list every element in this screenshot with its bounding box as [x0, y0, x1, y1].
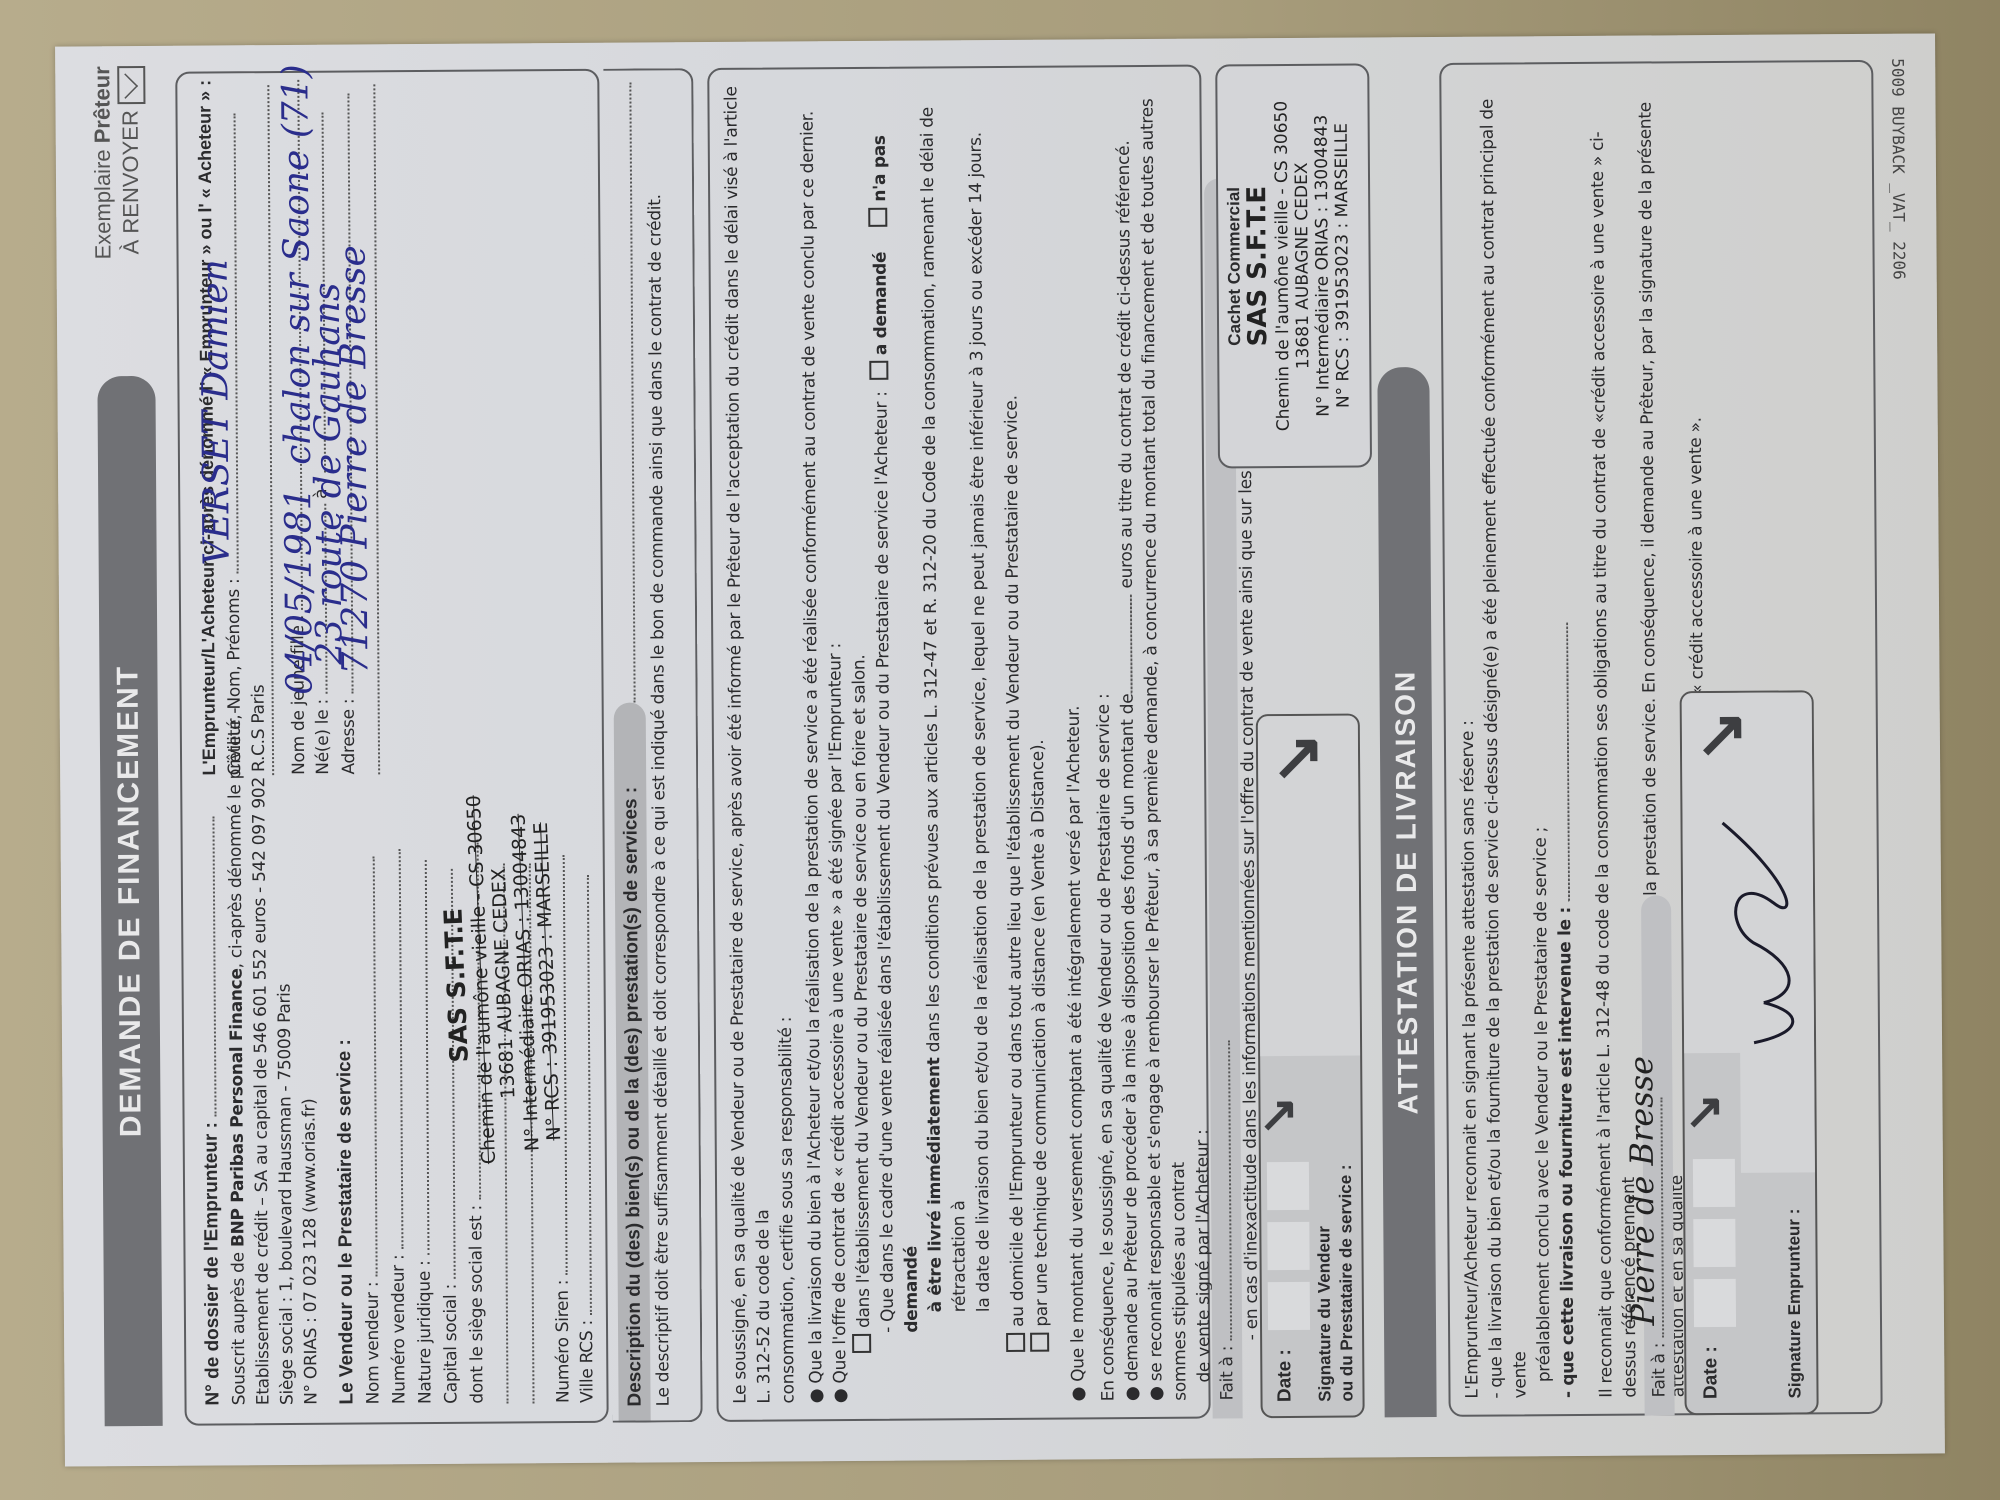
date-month-cell[interactable] — [1267, 1222, 1309, 1270]
vendor-field[interactable]: Nom vendeur : — [357, 844, 387, 1404]
borrower-place-value: Pierre de Bresse — [1622, 1056, 1662, 1326]
address-line-2: 71270 Pierre de Bresse — [332, 245, 376, 674]
asked-checkbox[interactable] — [869, 361, 888, 380]
document-page: DEMANDE DE FINANCEMENT Exemplaire Prêteu… — [55, 33, 1945, 1466]
cachet-stamp: SAS S.F.T.E Chemin de l'aumône vieille -… — [1241, 66, 1354, 467]
date-year-cell[interactable] — [1267, 1162, 1309, 1210]
date-month-cell[interactable] — [1693, 1219, 1735, 1267]
amount-field[interactable] — [1130, 594, 1133, 694]
header-band: DEMANDE DE FINANCEMENT — [97, 376, 162, 1426]
arrow-down-right-icon: ↘ — [1680, 1093, 1728, 1134]
description-box — [603, 68, 702, 1423]
borrower-signature-box[interactable]: Date : ↘ Signature Emprunteur : ↘ — [1680, 690, 1819, 1415]
date-year-cell[interactable] — [1693, 1159, 1735, 1207]
arrow-down-right-icon: ↘ — [1264, 732, 1328, 786]
copy-label: Exemplaire Prêteur À RENVOYER — [89, 66, 147, 326]
borrower-signature — [1712, 812, 1814, 1053]
dossier-label: N° de dossier de l'Emprunteur : — [196, 817, 226, 1406]
vendor-field[interactable]: Numéro vendeur : — [383, 844, 413, 1404]
vendor-signature-box[interactable]: Date : ↘ Signature du Vendeur ou du Pres… — [1256, 713, 1365, 1418]
arrow-down-right-icon: ↘ — [1256, 1096, 1303, 1137]
lender-line-4: N° ORIAS : 07 023 128 (www.orias.fr) — [296, 1098, 324, 1404]
page-title: DEMANDE DE FINANCEMENT — [111, 665, 148, 1138]
arrow-down-right-icon: ↘ — [1688, 709, 1752, 763]
vendor-heading: Le Vendeur ou le Prestataire de service … — [332, 1039, 361, 1405]
envelope-icon — [117, 66, 145, 104]
date-day-cell[interactable] — [1268, 1282, 1310, 1330]
date-day-cell[interactable] — [1694, 1279, 1736, 1327]
option-establishment-checkbox[interactable] — [852, 1334, 871, 1353]
delivery-date-field[interactable] — [1566, 622, 1570, 902]
form-code: 5009 BUYBACK _VAT_ 2206 — [1888, 58, 1909, 280]
not-asked-checkbox[interactable] — [868, 208, 887, 227]
rcs-field[interactable]: Ville RCS : — [571, 875, 601, 1403]
cachet-commercial-box: Cachet Commercial SAS S.F.T.E Chemin de … — [1215, 63, 1372, 468]
vendor-field[interactable]: Nature juridique : — [409, 844, 439, 1404]
vendor-place-field[interactable]: Fait à : — [1212, 1041, 1241, 1401]
option-distance-checkbox[interactable] — [1030, 1333, 1049, 1352]
livraison-band: ATTESTATION DE LIVRAISON — [1377, 367, 1436, 1417]
livraison-text: L'Emprunteur/Acheteur reconnait en signa… — [1451, 77, 1714, 1399]
declaration-text: Le soussigné, en sa qualité de Vendeur o… — [719, 80, 1264, 1404]
option-home-checkbox[interactable] — [1006, 1333, 1025, 1352]
borrower-name-value: VERSET Damien — [195, 259, 238, 566]
